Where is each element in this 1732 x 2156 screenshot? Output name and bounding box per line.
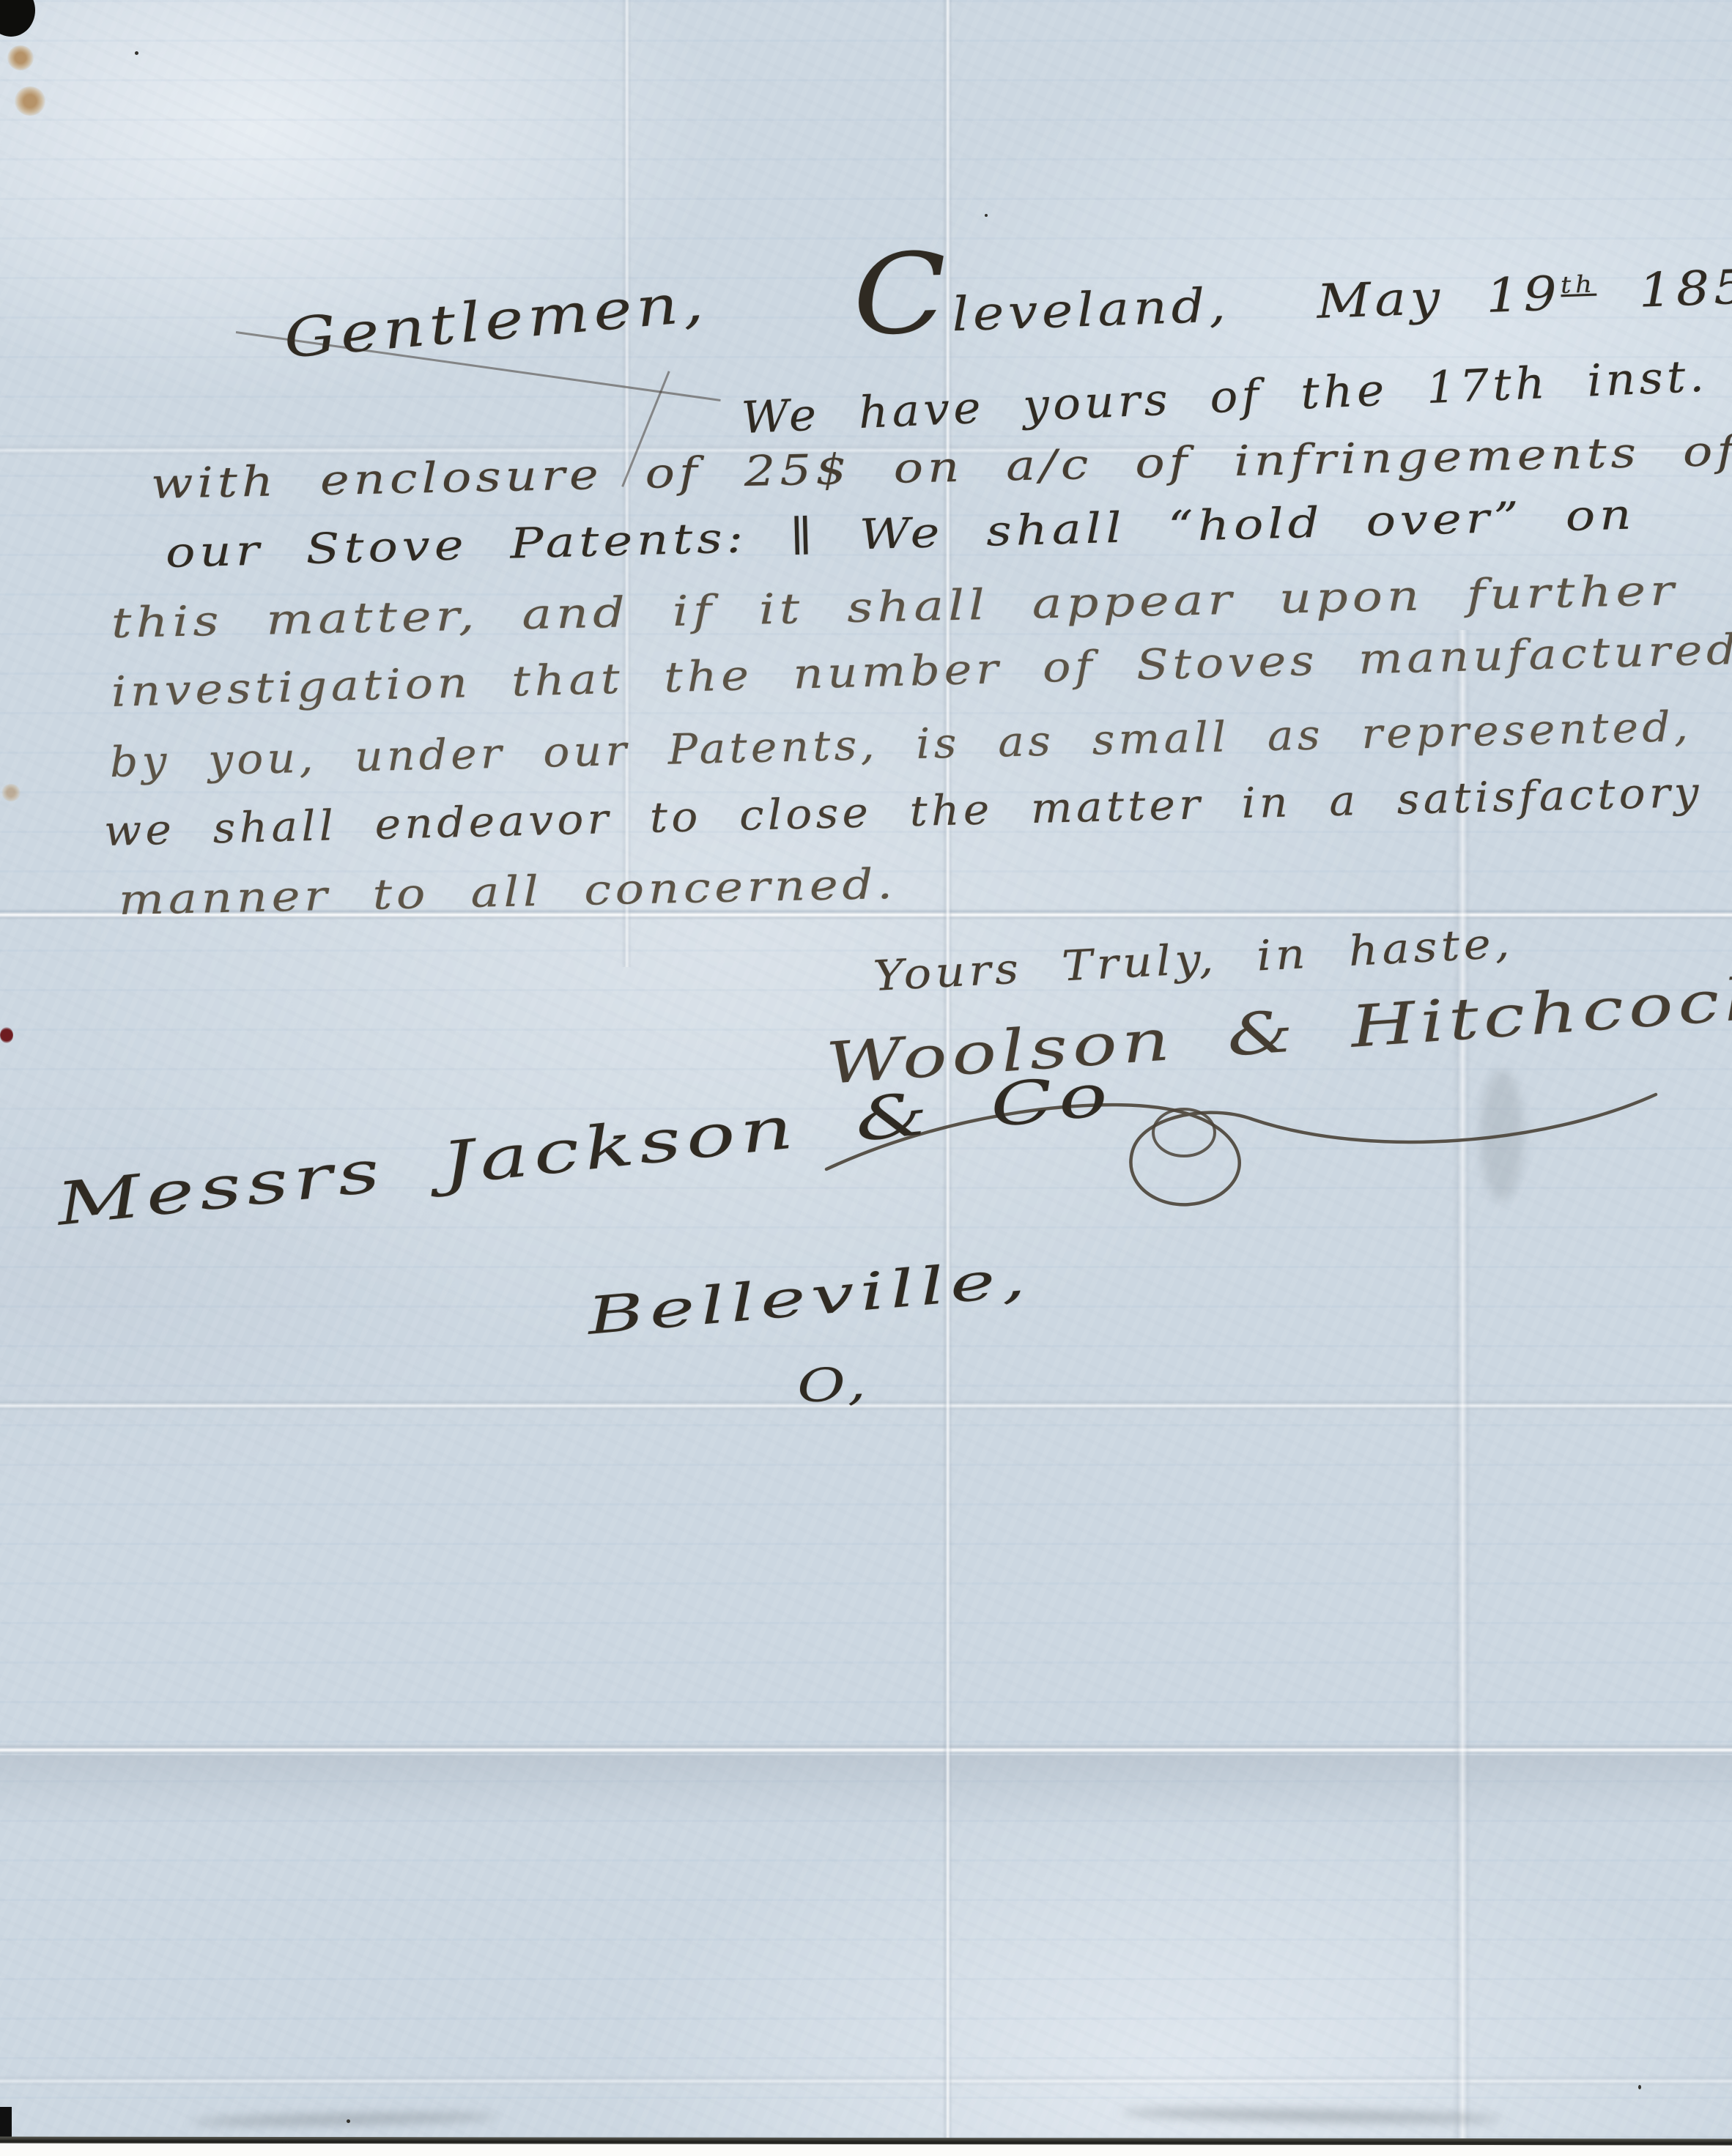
red-fiber-spot (0, 1027, 13, 1043)
recipient-state: O, (796, 1356, 872, 1413)
dateline-year: 1857, (1637, 258, 1732, 318)
foxing-spot (1, 784, 21, 801)
paper-bottom-edge (0, 2137, 1732, 2146)
fold-shadow-band (0, 1755, 1732, 1825)
salutation: Gentlemen, (281, 271, 710, 371)
wrinkle-shadow (190, 2111, 498, 2127)
dateline-day: May 19 (1316, 267, 1562, 330)
paper-speck (347, 2119, 350, 2123)
fold-crease-vertical (1452, 630, 1471, 2143)
dateline-ordinal: th (1560, 270, 1596, 299)
paper-speck (135, 51, 138, 55)
foxing-spot (7, 45, 34, 70)
letter-scan: Cleveland, May 19th 1857, Gentlemen, We … (0, 0, 1732, 2156)
recipient-city: Belleville, (585, 1248, 1033, 1346)
fold-crease-horizontal (0, 1744, 1732, 1755)
paper-speck (1638, 2085, 1641, 2089)
ink-blot-top-left-corner (0, 0, 35, 37)
closing: Yours Truly, in haste, (872, 919, 1514, 1001)
paper-speck (985, 214, 988, 217)
paper-sheet: Cleveland, May 19th 1857, Gentlemen, We … (0, 0, 1732, 2143)
fold-crease-horizontal (0, 2075, 1732, 2086)
wrinkle-shadow (1121, 2106, 1502, 2124)
dateline: Cleveland, May 19th 1857, (853, 258, 1732, 346)
dateline-place: Cleveland, (853, 278, 1231, 346)
foxing-spot (15, 86, 45, 116)
